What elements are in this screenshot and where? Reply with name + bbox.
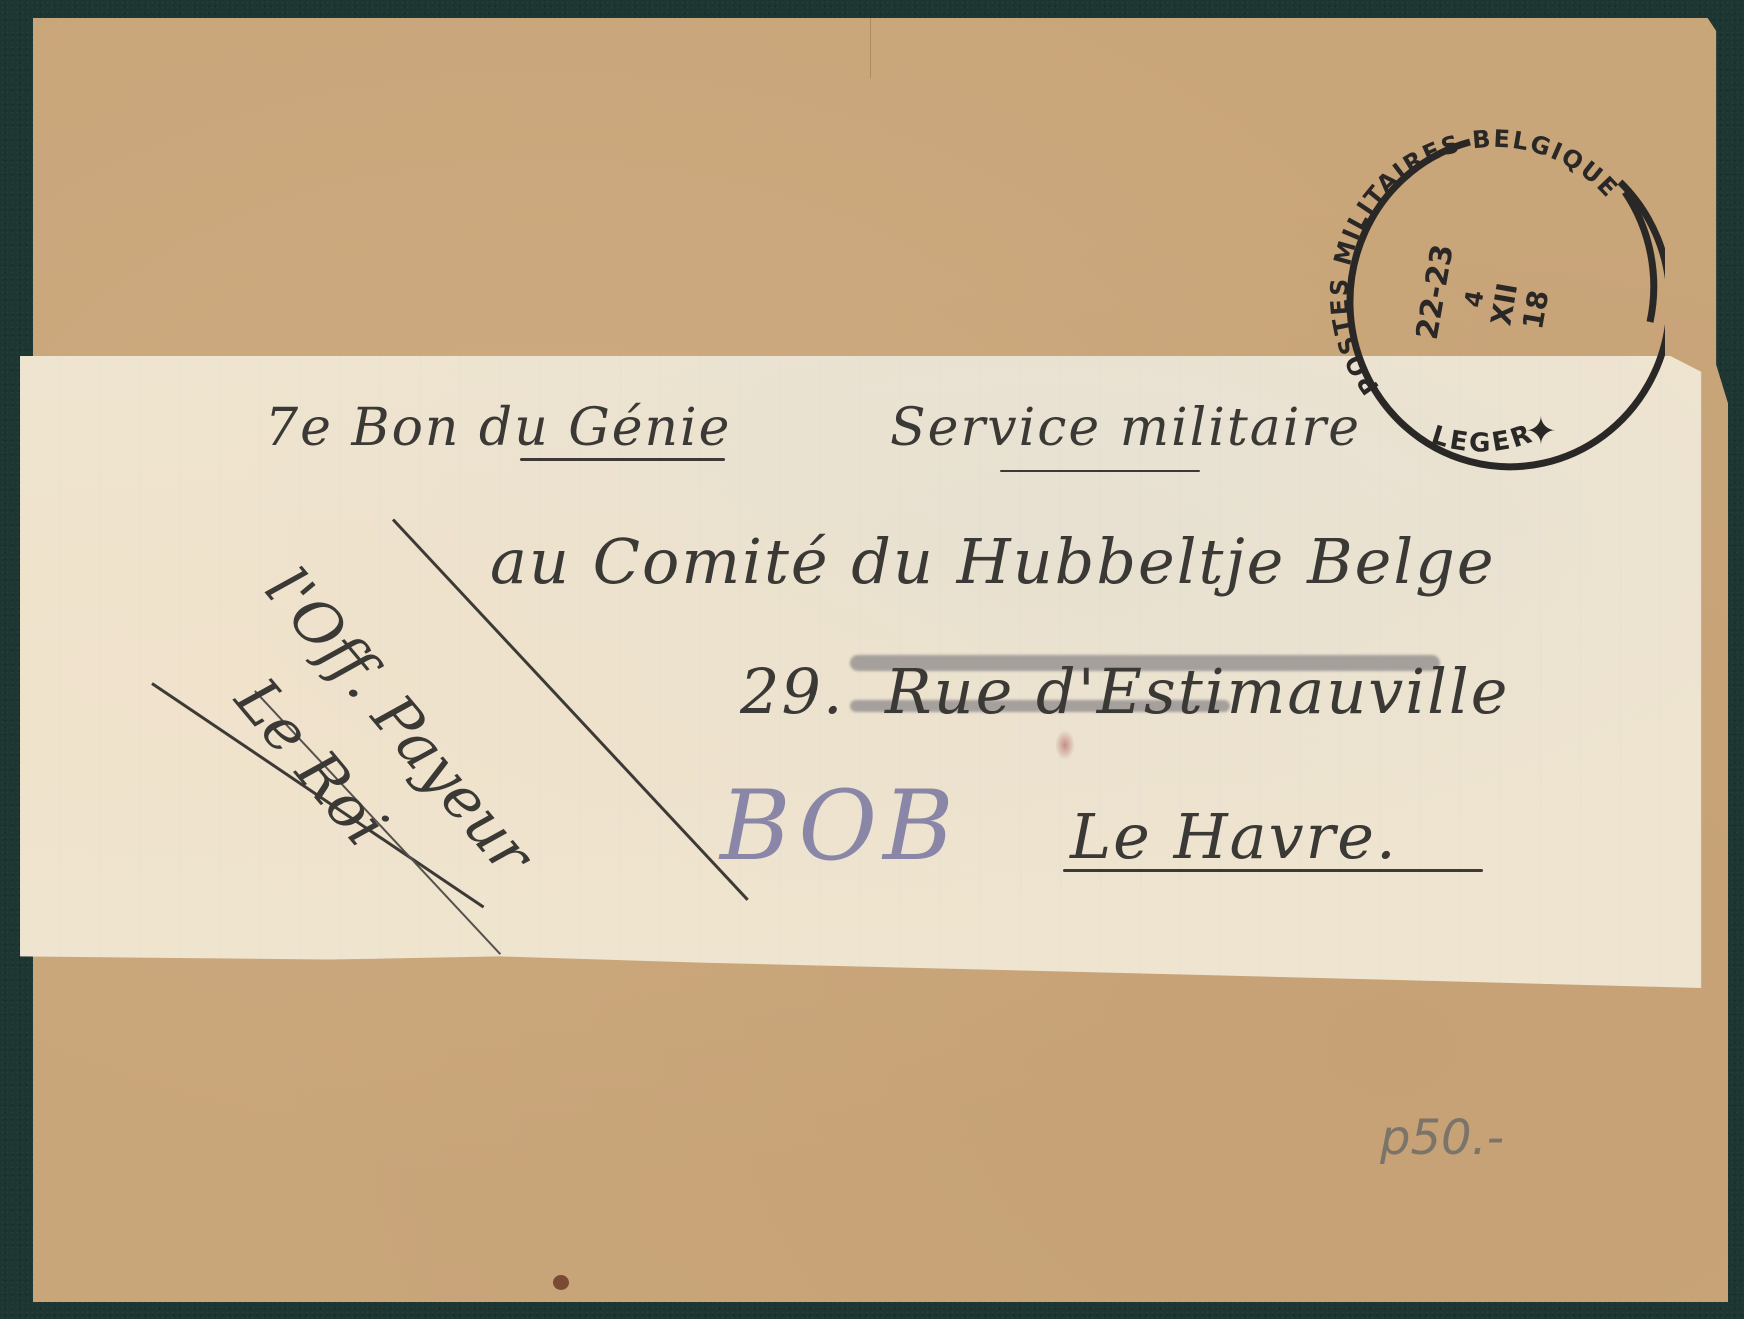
recipient-line-1: au Comité du Hubbeltje Belge — [490, 525, 1496, 598]
postmark-stamp: POSTES MILITAIRES BELGIQUE LEGER 22-23 4… — [1320, 122, 1665, 477]
recipient-street: Rue d'Estimauville — [885, 655, 1509, 728]
sender-unit: 7e Bon du Génie — [265, 398, 731, 458]
recipient-street-number: 29. — [740, 655, 845, 728]
crayon-mark: BOB — [720, 770, 960, 882]
recipient-city: Le Havre. — [1070, 800, 1398, 873]
stain-spot — [553, 1275, 569, 1290]
envelope-seam — [870, 18, 871, 78]
sender-unit-underline — [520, 458, 725, 461]
postmark-top-text: POSTES MILITAIRES BELGIQUE — [1325, 125, 1624, 400]
postmark-day: 4 — [1459, 288, 1489, 309]
postmark-star-icon: ✦ — [1525, 409, 1557, 453]
postmark-year: 18 — [1516, 288, 1555, 332]
svg-text:LEGER: LEGER — [1428, 419, 1538, 459]
service-label: Service militaire — [890, 398, 1361, 458]
svg-text:POSTES MILITAIRES BELGIQUE: POSTES MILITAIRES BELGIQUE — [1325, 125, 1624, 400]
postmark-time: 22-23 — [1410, 242, 1461, 343]
city-underline — [1063, 869, 1483, 872]
red-ink-mark — [1055, 730, 1075, 760]
service-underline — [1000, 470, 1200, 472]
pencil-price-note: p50.- — [1380, 1110, 1504, 1166]
postmark-bottom-text: LEGER — [1428, 419, 1538, 459]
